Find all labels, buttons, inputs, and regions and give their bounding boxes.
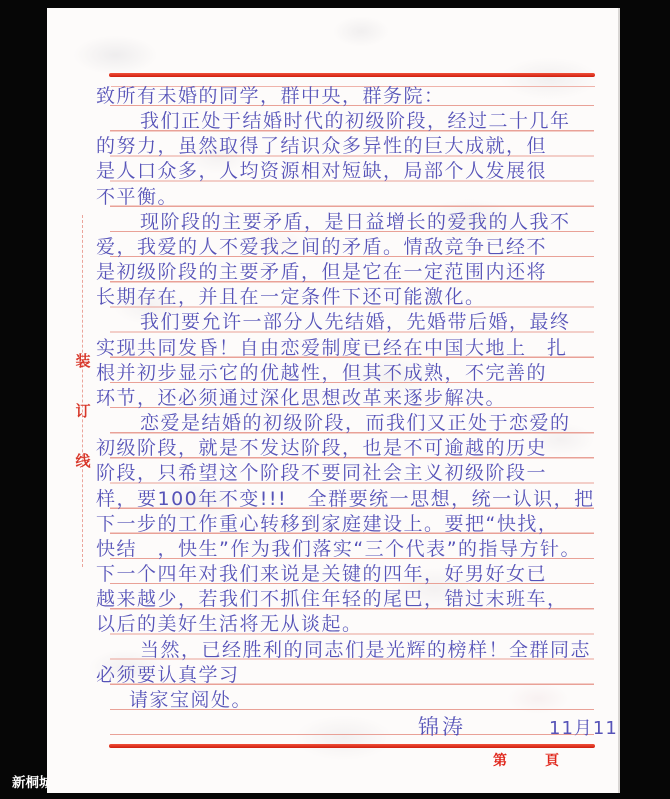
letter-line: 长期存在，并且在一定条件下还可能激化。 [96, 285, 610, 310]
letter-line: 我们要允许一部分人先结婚，先婚带后婚，最终 [96, 310, 610, 335]
handwritten-letter-body: 致所有未婚的同学，群中央，群务院：我们正处于结婚时代的初级阶段，经过二十几年的努… [47, 8, 618, 793]
letter-line: 是人口众多，人均资源相对短缺，局部个人发展很 [96, 159, 610, 184]
letter-line: 根并初步显示它的优越性，但其不成熟，不完善的 [96, 361, 610, 386]
letter-line: 以后的美好生活将无从谈起。 [96, 612, 610, 637]
letter-line: 现阶段的主要矛盾，是日益增长的爱我的人我不 [96, 210, 610, 235]
letter-line: 越来越少，若我们不抓住年轻的尾巴，错过末班车， [96, 587, 610, 612]
signature-date: 11月11日 [549, 714, 620, 740]
letter-line: 下一步的工作重心转移到家庭建设上。要把“快找， [96, 512, 610, 537]
letter-line: 必须要认真学习 [96, 663, 610, 688]
letter-line: 是初级阶段的主要矛盾，但是它在一定范围内还将 [96, 260, 610, 285]
letter-line: 阶段，只希望这个阶段不要同社会主义初级阶段一 [96, 461, 610, 486]
letter-line: 环节，还必须通过深化思想改革来逐步解决。 [96, 386, 610, 411]
page-footer-prefix: 第 [493, 750, 507, 770]
letter-line: 当然，已经胜利的同志们是光辉的榜样！全群同志 [96, 638, 610, 663]
letter-line: 不平衡。 [96, 185, 610, 210]
page-footer-suffix: 頁 [545, 750, 559, 770]
stationery-paper: 装 订 线 致所有未婚的同学，群中央，群务院：我们正处于结婚时代的初级阶段，经过… [47, 8, 620, 793]
scanned-letter-page: 新桐城 装 订 线 致所有未婚的同学，群中央，群务院：我们正处于结婚时代的初级阶… [0, 0, 670, 799]
letter-line: 致所有未婚的同学，群中央，群务院： [96, 84, 610, 109]
letter-line: 我们正处于结婚时代的初级阶段，经过二十几年 [96, 109, 610, 134]
letter-line: 请家宝阅处。 [96, 688, 610, 713]
letter-line: 实现共同发昏！自由恋爱制度已经在中国大地上 扎 [96, 336, 610, 361]
letter-line: 的努力，虽然取得了结识众多异性的巨大成就，但 [96, 134, 610, 159]
letter-line: 初级阶段，就是不发达阶段，也是不可逾越的历史 [96, 436, 610, 461]
signature-name: 锦涛 [418, 711, 466, 741]
letter-line: 下一个四年对我们来说是关键的四年，好男好女已 [96, 562, 610, 587]
letter-line: 样，要100年不变!!! 全群要统一思想，统一认识，把 [96, 487, 610, 512]
letter-line: 爱，我爱的人不爱我之间的矛盾。情敌竞争已经不 [96, 235, 610, 260]
letter-line: 快结 ，快生”作为我们落实“三个代表”的指导方针。 [96, 537, 610, 562]
letter-line: 恋爱是结婚的初级阶段，而我们又正处于恋爱的 [96, 411, 610, 436]
